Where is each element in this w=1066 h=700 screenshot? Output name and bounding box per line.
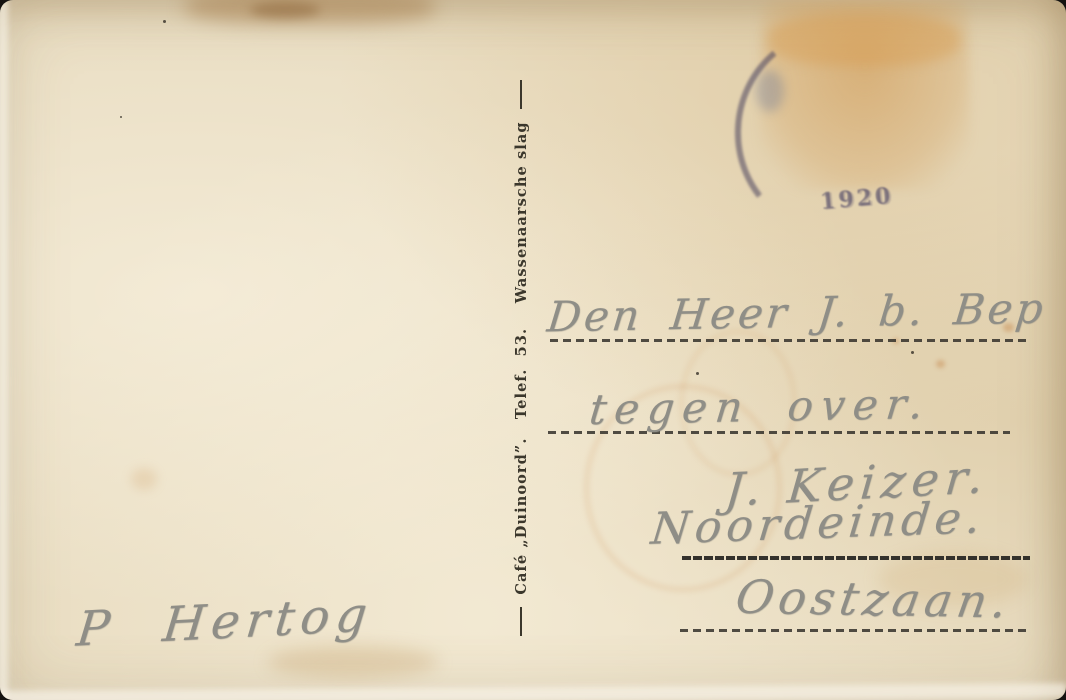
foxing-dot xyxy=(131,468,157,490)
foxing-dot xyxy=(936,360,945,368)
postcard-scan: 1920 Café „Duinoord”. Telef. 53. Wassena… xyxy=(0,0,1066,700)
handwritten-address-line-2: tegen over. xyxy=(587,379,933,434)
address-rule-3 xyxy=(682,556,1030,560)
paper-speck xyxy=(911,351,914,354)
center-divider: Café „Duinoord”. Telef. 53. Wassenaarsch… xyxy=(509,80,533,636)
postmark-ink-smudge xyxy=(756,70,784,112)
paper-speck xyxy=(163,20,166,23)
handwritten-address-line-1: Den Heer J. b. Bep xyxy=(545,284,1048,342)
handwritten-address-line-5: Oostzaan. xyxy=(732,570,1016,629)
publisher-imprint-text: Café „Duinoord”. Telef. 53. Wassenaarsch… xyxy=(513,121,530,594)
postcard-back: 1920 Café „Duinoord”. Telef. 53. Wassena… xyxy=(0,0,1066,700)
address-rule-4 xyxy=(680,629,1030,632)
handwritten-address-line-4: Noordeinde. xyxy=(649,492,988,555)
paper-speck xyxy=(696,372,699,375)
divider-rule-left xyxy=(520,607,522,636)
card-left-edge xyxy=(0,0,8,700)
paper-speck xyxy=(120,116,122,118)
card-bottom-edge xyxy=(0,683,1066,700)
divider-rule-right xyxy=(520,80,522,109)
bottom-stain xyxy=(268,646,438,678)
top-edge-stain-dark xyxy=(250,2,320,18)
